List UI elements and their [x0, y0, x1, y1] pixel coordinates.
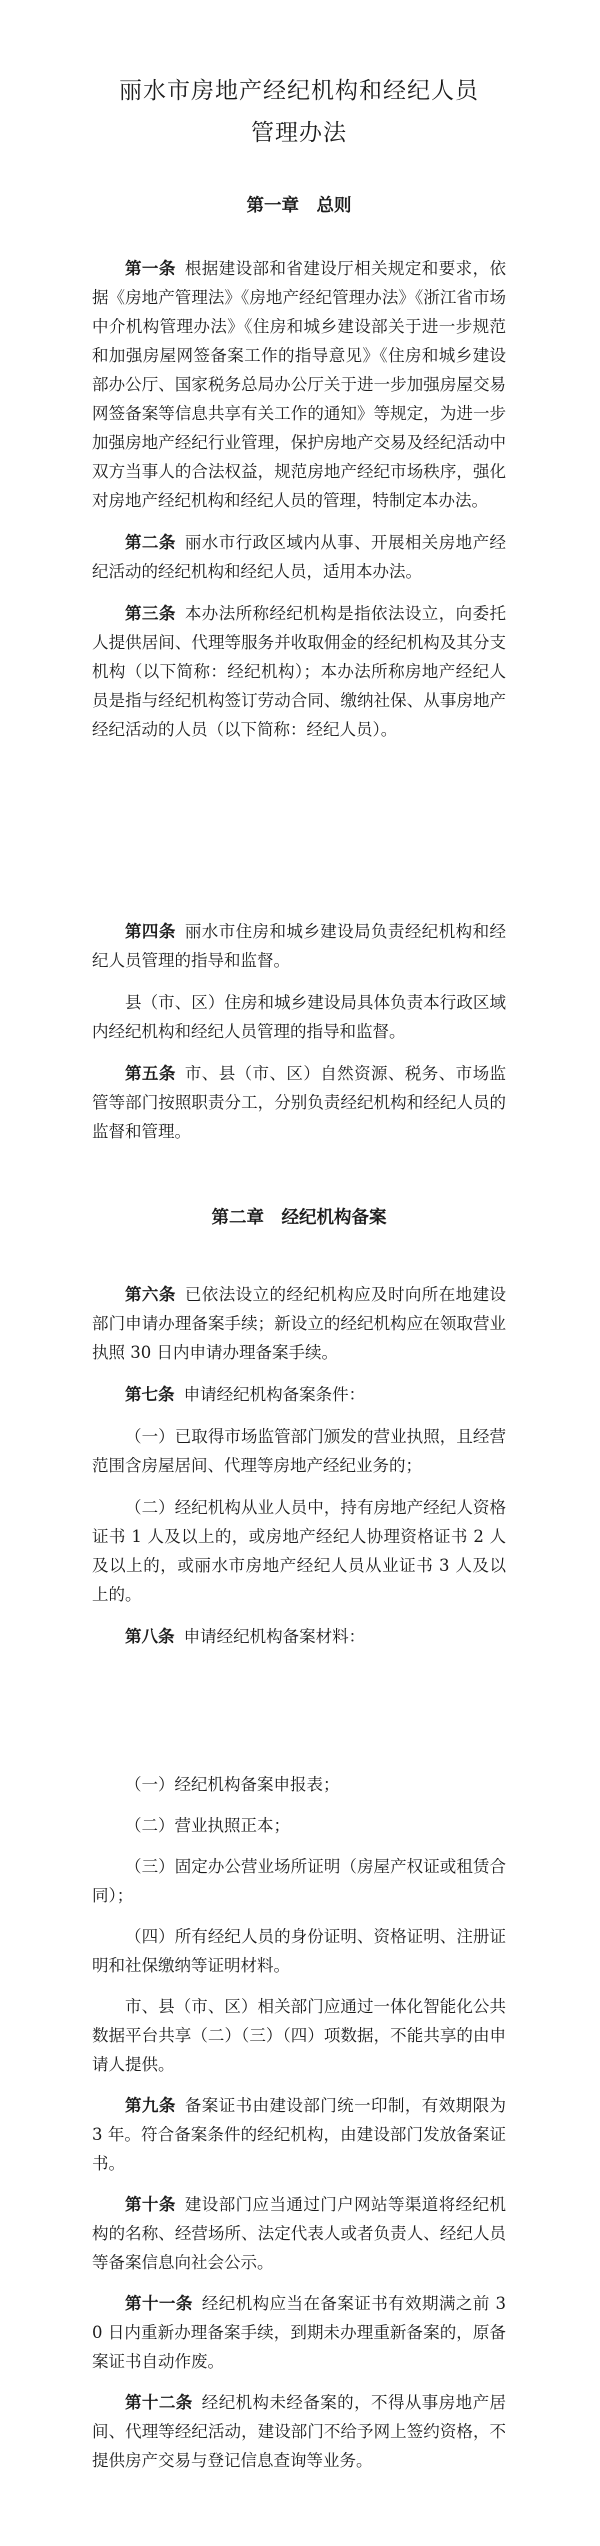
- article-4-number: 第四条: [125, 922, 176, 941]
- article-7-item-1: （一）已取得市场监管部门颁发的营业执照，且经营范围含房屋居间、代理等房地产经纪业…: [92, 1422, 506, 1480]
- article-4-para-2: 县（市、区）住房和城乡建设局具体负责本行政区域内经纪机构和经纪人员管理的指导和监…: [92, 988, 506, 1046]
- article-7-item-1-text: （一）已取得市场监管部门颁发的营业执照，且经营范围含房屋居间、代理等房地产经纪业…: [92, 1427, 506, 1475]
- article-8-item-1: （一）经纪机构备案申报表；: [92, 1770, 506, 1799]
- article-4: 第四条丽水市住房和城乡建设局负责经纪机构和经纪人员管理的指导和监督。: [92, 917, 506, 975]
- article-10: 第十条建设部门应当通过门户网站等渠道将经纪机构的名称、经营场所、法定代表人或者负…: [92, 2190, 506, 2277]
- article-8-item-1-text: （一）经纪机构备案申报表；: [125, 1775, 340, 1794]
- article-3-number: 第三条: [125, 604, 176, 623]
- article-1-text: 根据建设部和省建设厅相关规定和要求，依据《房地产管理法》《房地产经纪管理办法》《…: [92, 259, 506, 510]
- article-7-item-2-text: （二）经纪机构从业人员中，持有房地产经纪人资格证书 1 人及以上的，或房地产经纪…: [92, 1498, 506, 1604]
- document: 丽水市房地产经纪机构和经纪人员 管理办法 第一章 总则 第一条根据建设部和省建设…: [0, 0, 600, 2546]
- article-12-number: 第十二条: [125, 2393, 193, 2412]
- article-8-number: 第八条: [125, 1627, 175, 1646]
- article-7: 第七条申请经纪机构备案条件：: [92, 1380, 506, 1409]
- chapter-1-heading: 第一章 总则: [92, 192, 506, 220]
- doc-title: 丽水市房地产经纪机构和经纪人员 管理办法: [92, 70, 506, 154]
- article-5: 第五条市、县（市、区）自然资源、税务、市场监管等部门按照职责分工，分别负责经纪机…: [92, 1059, 506, 1146]
- article-8-para-2-text: 市、县（市、区）相关部门应通过一体化智能化公共数据平台共享（二）（三）（四）项数…: [92, 1997, 506, 2074]
- document-page-3: （一）经纪机构备案申报表； （二）营业执照正本； （三）固定办公营业场所证明（房…: [0, 1698, 600, 2546]
- article-2: 第二条丽水市行政区域内从事、开展相关房地产经纪活动的经纪机构和经纪人员，适用本办…: [92, 528, 506, 586]
- article-8-item-2-text: （二）营业执照正本；: [125, 1816, 290, 1835]
- document-page-1: 丽水市房地产经纪机构和经纪人员 管理办法 第一章 总则 第一条根据建设部和省建设…: [0, 0, 600, 849]
- article-2-number: 第二条: [125, 533, 176, 552]
- article-3: 第三条本办法所称经纪机构是指依法设立，向委托人提供居间、代理等服务并收取佣金的经…: [92, 599, 506, 744]
- article-1: 第一条根据建设部和省建设厅相关规定和要求，依据《房地产管理法》《房地产经纪管理办…: [92, 254, 506, 515]
- article-7-item-2: （二）经纪机构从业人员中，持有房地产经纪人资格证书 1 人及以上的，或房地产经纪…: [92, 1493, 506, 1609]
- article-8-text: 申请经纪机构备案材料：: [184, 1627, 366, 1646]
- article-9-number: 第九条: [125, 2096, 176, 2115]
- article-4-para-2-text: 县（市、区）住房和城乡建设局具体负责本行政区域内经纪机构和经纪人员管理的指导和监…: [92, 993, 506, 1041]
- article-7-text: 申请经纪机构备案条件：: [184, 1385, 366, 1404]
- article-12: 第十二条经纪机构未经备案的，不得从事房地产居间、代理等经纪活动，建设部门不给予网…: [92, 2388, 506, 2475]
- article-5-number: 第五条: [125, 1064, 176, 1083]
- article-1-number: 第一条: [125, 259, 176, 278]
- article-8-item-4: （四）所有经纪人员的身份证明、资格证明、注册证明和社保缴纳等证明材料。: [92, 1922, 506, 1980]
- article-11: 第十一条经纪机构应当在备案证书有效期满之前 30 日内重新办理备案手续，到期未办…: [92, 2289, 506, 2376]
- doc-title-line-2: 管理办法: [92, 112, 506, 154]
- article-7-number: 第七条: [125, 1385, 175, 1404]
- article-8: 第八条申请经纪机构备案材料：: [92, 1622, 506, 1651]
- article-8-item-3-text: （三）固定办公营业场所证明（房屋产权证或租赁合同）；: [92, 1857, 506, 1905]
- article-8-para-2: 市、县（市、区）相关部门应通过一体化智能化公共数据平台共享（二）（三）（四）项数…: [92, 1992, 506, 2079]
- document-page-2: 第四条丽水市住房和城乡建设局负责经纪机构和经纪人员管理的指导和监督。 县（市、区…: [0, 849, 600, 1698]
- article-8-item-2: （二）营业执照正本；: [92, 1811, 506, 1840]
- article-11-number: 第十一条: [125, 2294, 193, 2313]
- article-10-number: 第十条: [125, 2195, 176, 2214]
- article-8-item-4-text: （四）所有经纪人员的身份证明、资格证明、注册证明和社保缴纳等证明材料。: [92, 1927, 506, 1975]
- doc-title-line-1: 丽水市房地产经纪机构和经纪人员: [92, 70, 506, 112]
- article-8-item-3: （三）固定办公营业场所证明（房屋产权证或租赁合同）；: [92, 1852, 506, 1910]
- chapter-2-heading: 第二章 经纪机构备案: [92, 1204, 506, 1232]
- article-3-text: 本办法所称经纪机构是指依法设立，向委托人提供居间、代理等服务并收取佣金的经纪机构…: [92, 604, 506, 739]
- article-6: 第六条已依法设立的经纪机构应及时向所在地建设部门申请办理备案手续；新设立的经纪机…: [92, 1280, 506, 1367]
- article-9: 第九条备案证书由建设部门统一印制，有效期限为 3 年。符合备案条件的经纪机构，由…: [92, 2091, 506, 2178]
- article-6-number: 第六条: [125, 1285, 176, 1304]
